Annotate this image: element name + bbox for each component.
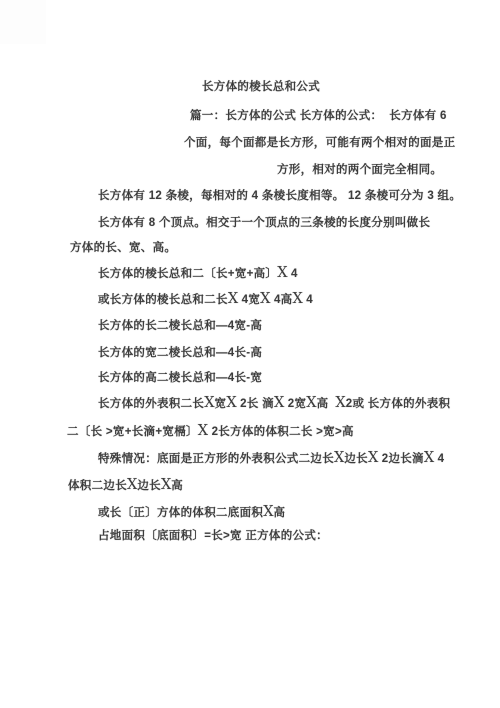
- multiplication-x-glyph: X: [127, 477, 137, 493]
- multiplication-x-glyph: X: [260, 291, 270, 307]
- multiplication-x-glyph: X: [204, 395, 214, 411]
- multiplication-x-glyph: X: [306, 395, 316, 411]
- text-line: 二〔长 >宽+长滴+宽槅〕X 2长方体的体积二长 >宽>高: [67, 424, 354, 440]
- text-line: 方形，相对的两个面完全相同。: [277, 163, 442, 178]
- text-line: 长方体的棱长总和二〔长+宽+高〕X 4: [98, 266, 298, 282]
- text-line: 长方体有 12 条棱，每相对的 4 条棱长度相等。 12 条棱可分为 3 组。: [98, 189, 461, 204]
- multiplication-x-glyph: X: [424, 450, 434, 466]
- text-line: 占地面积〔底面积〕=长>宽 正方体的公式：: [98, 529, 328, 544]
- multiplication-x-glyph: X: [161, 477, 171, 493]
- text-line: 方体的长、宽、高。: [70, 241, 176, 256]
- text-line: 长方体有 8 个顶点。相交于一个顶点的三条棱的长度分别叫做长: [98, 216, 430, 231]
- scan-corner-shade: [0, 0, 46, 44]
- multiplication-x-glyph: X: [228, 291, 238, 307]
- text-line: 个面，每个面都是长方形，可能有两个相对的面是正: [184, 136, 455, 151]
- text-line: 长方体的外表积二长X宽X 2长 滴X 2宽X高 X2或 长方体的外表积: [98, 396, 450, 412]
- multiplication-x-glyph: X: [334, 450, 344, 466]
- text-line: 或长方体的棱长总和二长X 4宽X 4高X 4: [98, 292, 313, 308]
- text-line: 长方体的宽二棱长总和—4长-高: [98, 346, 262, 361]
- multiplication-x-glyph: X: [226, 395, 236, 411]
- multiplication-x-glyph: X: [263, 504, 273, 520]
- text-line: 体积二边长X边长X高: [68, 478, 183, 494]
- text-line: 长方体的长二棱长总和—4宽-高: [98, 319, 262, 334]
- multiplication-x-glyph: X: [277, 265, 287, 281]
- text-line: 长方体的高二棱长总和—4长-宽: [98, 371, 262, 386]
- multiplication-x-glyph: X: [368, 450, 378, 466]
- text-line: 或长〔正〕方体的体积二底面积X高: [98, 505, 285, 521]
- document-page: 长方体的棱长总和公式篇一：长方体的公式 长方体的公式： 长方体有 6个面，每个面…: [0, 0, 500, 708]
- text-line: 特殊情况：底面是正方形的外表积公式二边长X边长X 2边长滴X 4: [98, 451, 444, 467]
- multiplication-x-glyph: X: [198, 423, 208, 439]
- multiplication-x-glyph: X: [274, 395, 284, 411]
- page-title: 长方体的棱长总和公式: [202, 80, 320, 95]
- multiplication-x-glyph: X: [292, 291, 302, 307]
- text-line: 篇一：长方体的公式 长方体的公式： 长方体有 6: [190, 109, 447, 124]
- multiplication-x-glyph: X: [335, 395, 345, 411]
